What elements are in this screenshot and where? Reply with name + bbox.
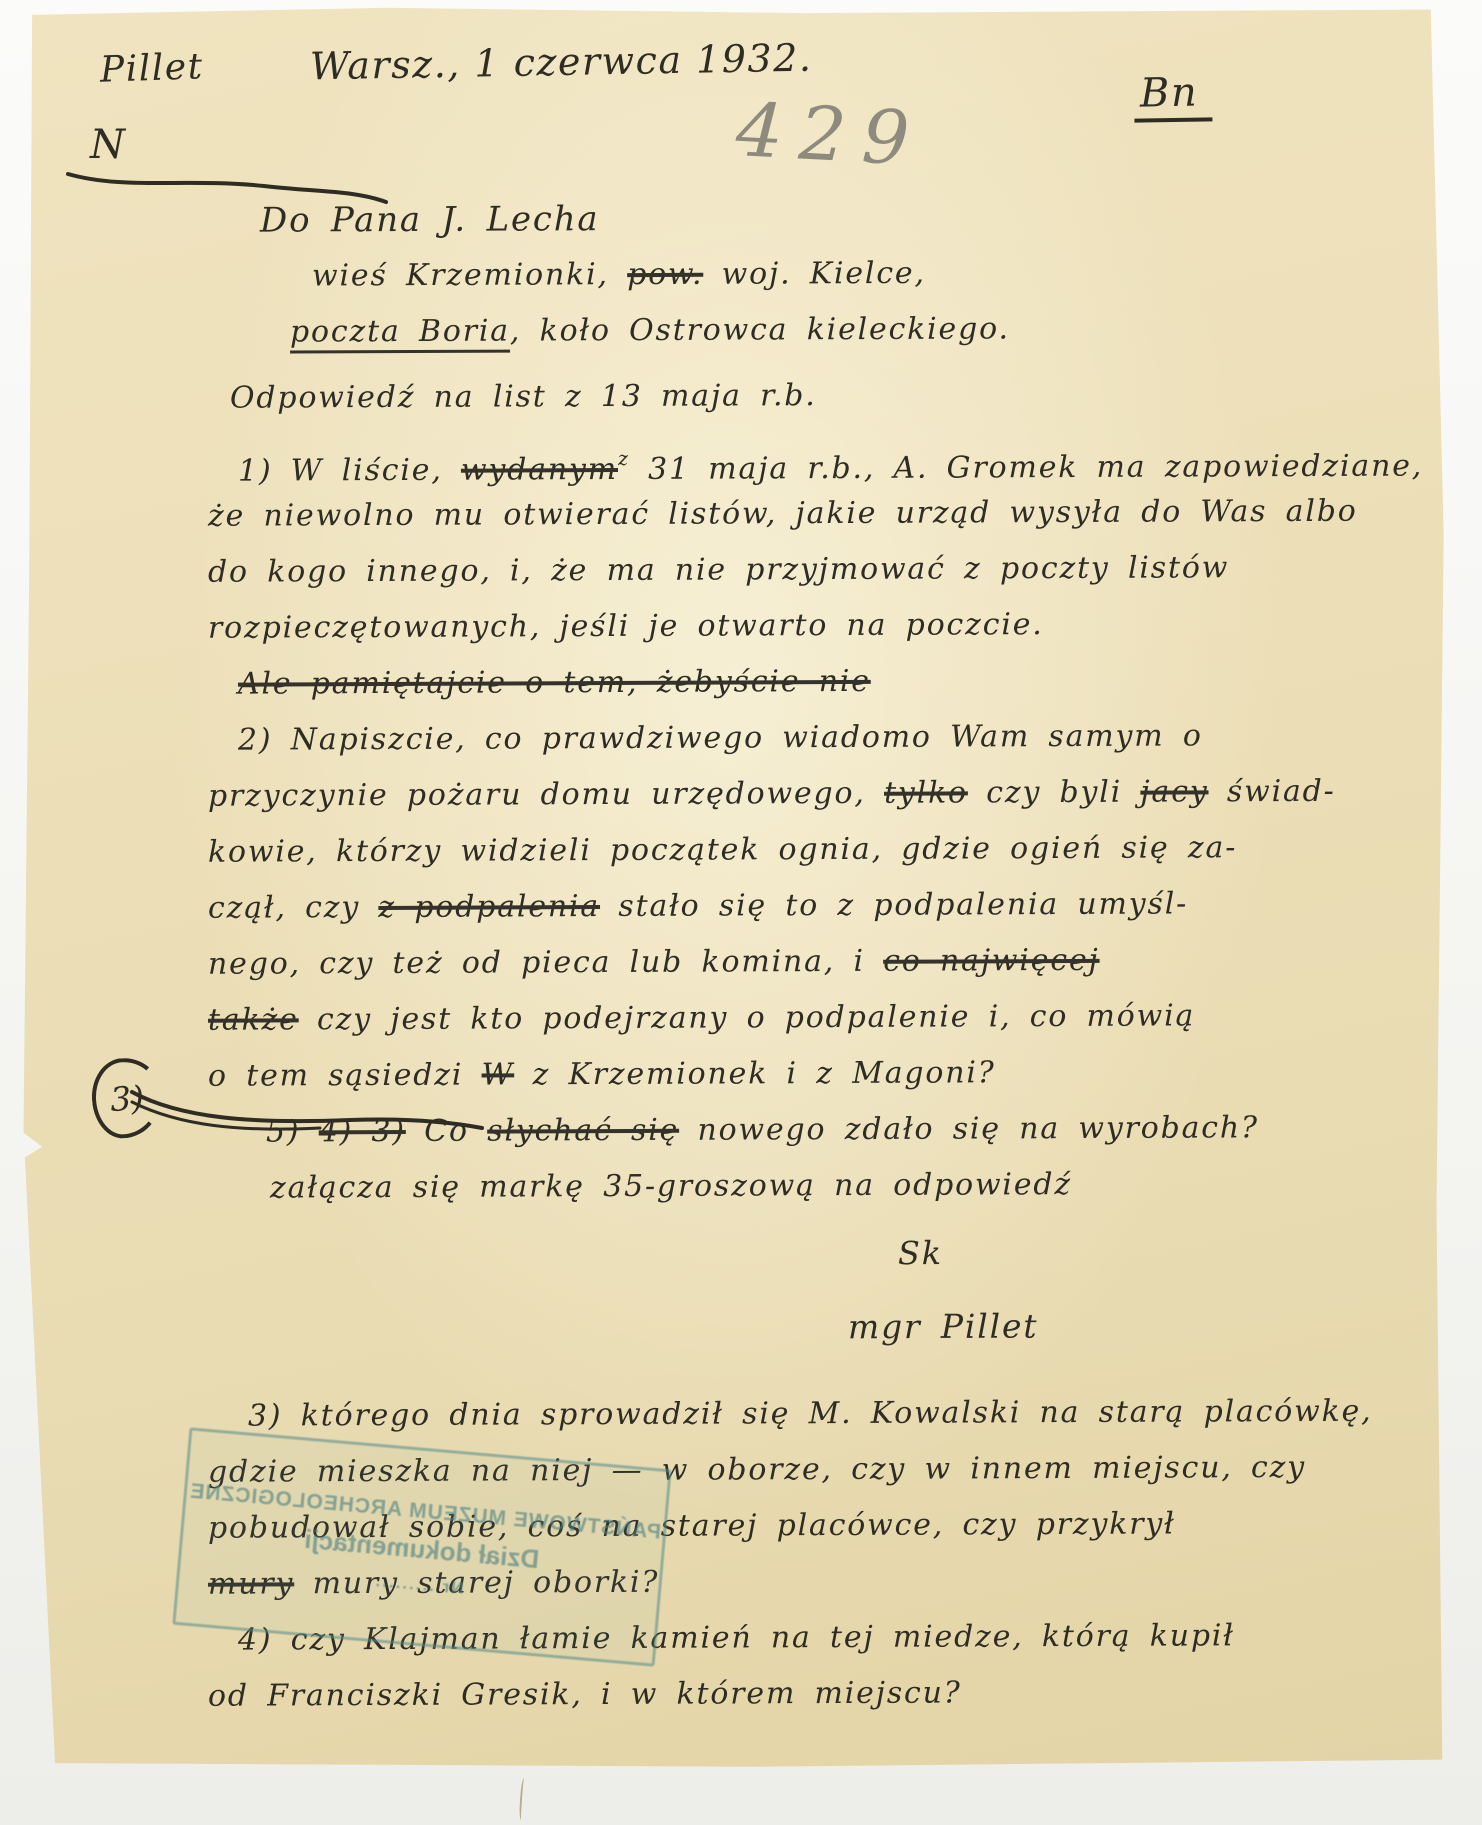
handwritten-line: czął, czy z podpalenia stało się to z po…: [208, 877, 1458, 938]
text-segment: od Franciszki Gresik, i w którem miejscu…: [208, 1675, 962, 1713]
handwritten-line: kowie, którzy widzieli początek ognia, g…: [208, 821, 1458, 882]
handwritten-line: rozpieczętowanych, jeśli je otwarto na p…: [208, 597, 1458, 658]
handwritten-line: wieś Krzemionki, pow. woj. Kielce,: [312, 246, 1458, 307]
struck-text-segment: słychać się: [487, 1113, 679, 1149]
text-segment: z Krzemionek i z Magoni?: [514, 1055, 996, 1092]
text-segment: że niewolno mu otwierać listów, jakie ur…: [208, 494, 1358, 534]
text-segment: 1) W liście,: [238, 453, 461, 489]
text-segment: nego, czy też od pieca lub komina, i: [208, 944, 883, 982]
text-segment: poczta Boria: [290, 314, 510, 354]
text-segment: 2) Napiszcie, co prawdziwego wiadomo Wam…: [238, 718, 1203, 757]
dateline: Warsz., 1 czerwca 1932.: [310, 36, 813, 89]
margin-connector-line: [130, 1078, 490, 1138]
scanner-fiber-artifact: [519, 1778, 527, 1820]
annotation-bn: Bn: [1134, 69, 1213, 122]
handwritten-line: Odpowiedź na list z 13 maja r.b.: [230, 367, 1458, 428]
struck-text-segment: także: [208, 1002, 299, 1037]
text-segment: wieś Krzemionki,: [312, 257, 627, 293]
text-segment: 31 maja r.b., A. Gromek ma zapowiedziane…: [630, 448, 1423, 486]
pencil-page-number: 429: [734, 87, 927, 183]
text-segment: stało się to z podpalenia umyśl-: [600, 886, 1188, 924]
text-segment: przyczynie pożaru domu urzędowego,: [208, 776, 884, 814]
struck-text-segment: wydanym: [461, 452, 618, 488]
handwritten-line: poczta Boria, koło Ostrowca kieleckiego.: [290, 301, 1458, 362]
handwritten-line: Do Pana J. Lecha: [260, 189, 1458, 250]
text-segment: woj. Kielce,: [703, 256, 926, 292]
text-segment: kowie, którzy widzieli początek ognia, g…: [208, 830, 1237, 869]
text-segment: czy byli: [968, 775, 1141, 811]
handwritten-line: nego, czy też od pieca lub komina, i co …: [208, 933, 1458, 994]
text-segment: czy jest kto podejrzany o podpalenie i, …: [299, 998, 1196, 1037]
scanner-background: Pillet N Warsz., 1 czerwca 1932. Bn 429 …: [0, 0, 1482, 1825]
handwritten-line: od Franciszki Gresik, i w którem miejscu…: [208, 1665, 1458, 1726]
text-segment: świad-: [1208, 774, 1335, 810]
annotation-pillet: Pillet: [99, 46, 204, 91]
text-segment: Do Pana J. Lecha: [260, 199, 600, 240]
text-segment: rozpieczętowanych, jeśli je otwarto na p…: [208, 607, 1044, 646]
handwritten-line: 1) W liście, wydanymz 31 maja r.b., A. G…: [238, 429, 1458, 490]
text-segment: do kogo innego, i, że ma nie przyjmować …: [208, 550, 1229, 589]
text-segment: Odpowiedź na list z 13 maja r.b.: [230, 378, 817, 416]
text-segment: , koło Ostrowca kieleckiego.: [510, 311, 1010, 348]
handwritten-line: 2) Napiszcie, co prawdziwego wiadomo Wam…: [238, 709, 1458, 770]
letter-paper: Pillet N Warsz., 1 czerwca 1932. Bn 429 …: [12, 6, 1448, 1772]
struck-text-segment: jacy: [1140, 774, 1208, 809]
handwritten-line: że niewolno mu otwierać listów, jakie ur…: [208, 485, 1458, 546]
text-segment: 3) którego dnia sprowadził się M. Kowals…: [248, 1394, 1373, 1434]
struck-text-segment: co najwięcej: [883, 943, 1100, 979]
handwritten-line: także czy jest kto podejrzany o podpalen…: [208, 989, 1458, 1050]
text-segment: załącza się markę 35-groszową na odpowie…: [270, 1167, 1072, 1205]
struck-text-segment: z podpalenia: [378, 889, 600, 925]
handwritten-line: do kogo innego, i, że ma nie przyjmować …: [208, 541, 1458, 602]
text-segment: Sk: [898, 1234, 943, 1272]
struck-text-segment: tylko: [884, 775, 968, 810]
text-segment: nowego zdało się na wyrobach?: [679, 1110, 1259, 1148]
handwritten-line: mgr Pillet: [848, 1299, 1458, 1358]
text-segment: mgr Pillet: [848, 1307, 1039, 1347]
text-segment: czął, czy: [208, 890, 379, 926]
handwritten-line: Ale pamiętajcie o tem, żebyście nie: [238, 653, 1458, 714]
struck-text-segment: Ale pamiętajcie o tem, żebyście nie: [238, 664, 871, 702]
handwritten-line: Sk: [898, 1225, 1458, 1283]
struck-text-segment: pow.: [627, 257, 703, 292]
archive-stamp: PAŃSTWOWE MUZEUM ARCHEOLOGICZNE Dział do…: [172, 1427, 671, 1666]
handwritten-line: 3) którego dnia sprowadził się M. Kowals…: [248, 1385, 1458, 1446]
handwritten-line: załącza się markę 35-groszową na odpowie…: [270, 1157, 1458, 1218]
text-segment: z: [618, 448, 630, 470]
handwritten-line: przyczynie pożaru domu urzędowego, tylko…: [208, 765, 1458, 826]
